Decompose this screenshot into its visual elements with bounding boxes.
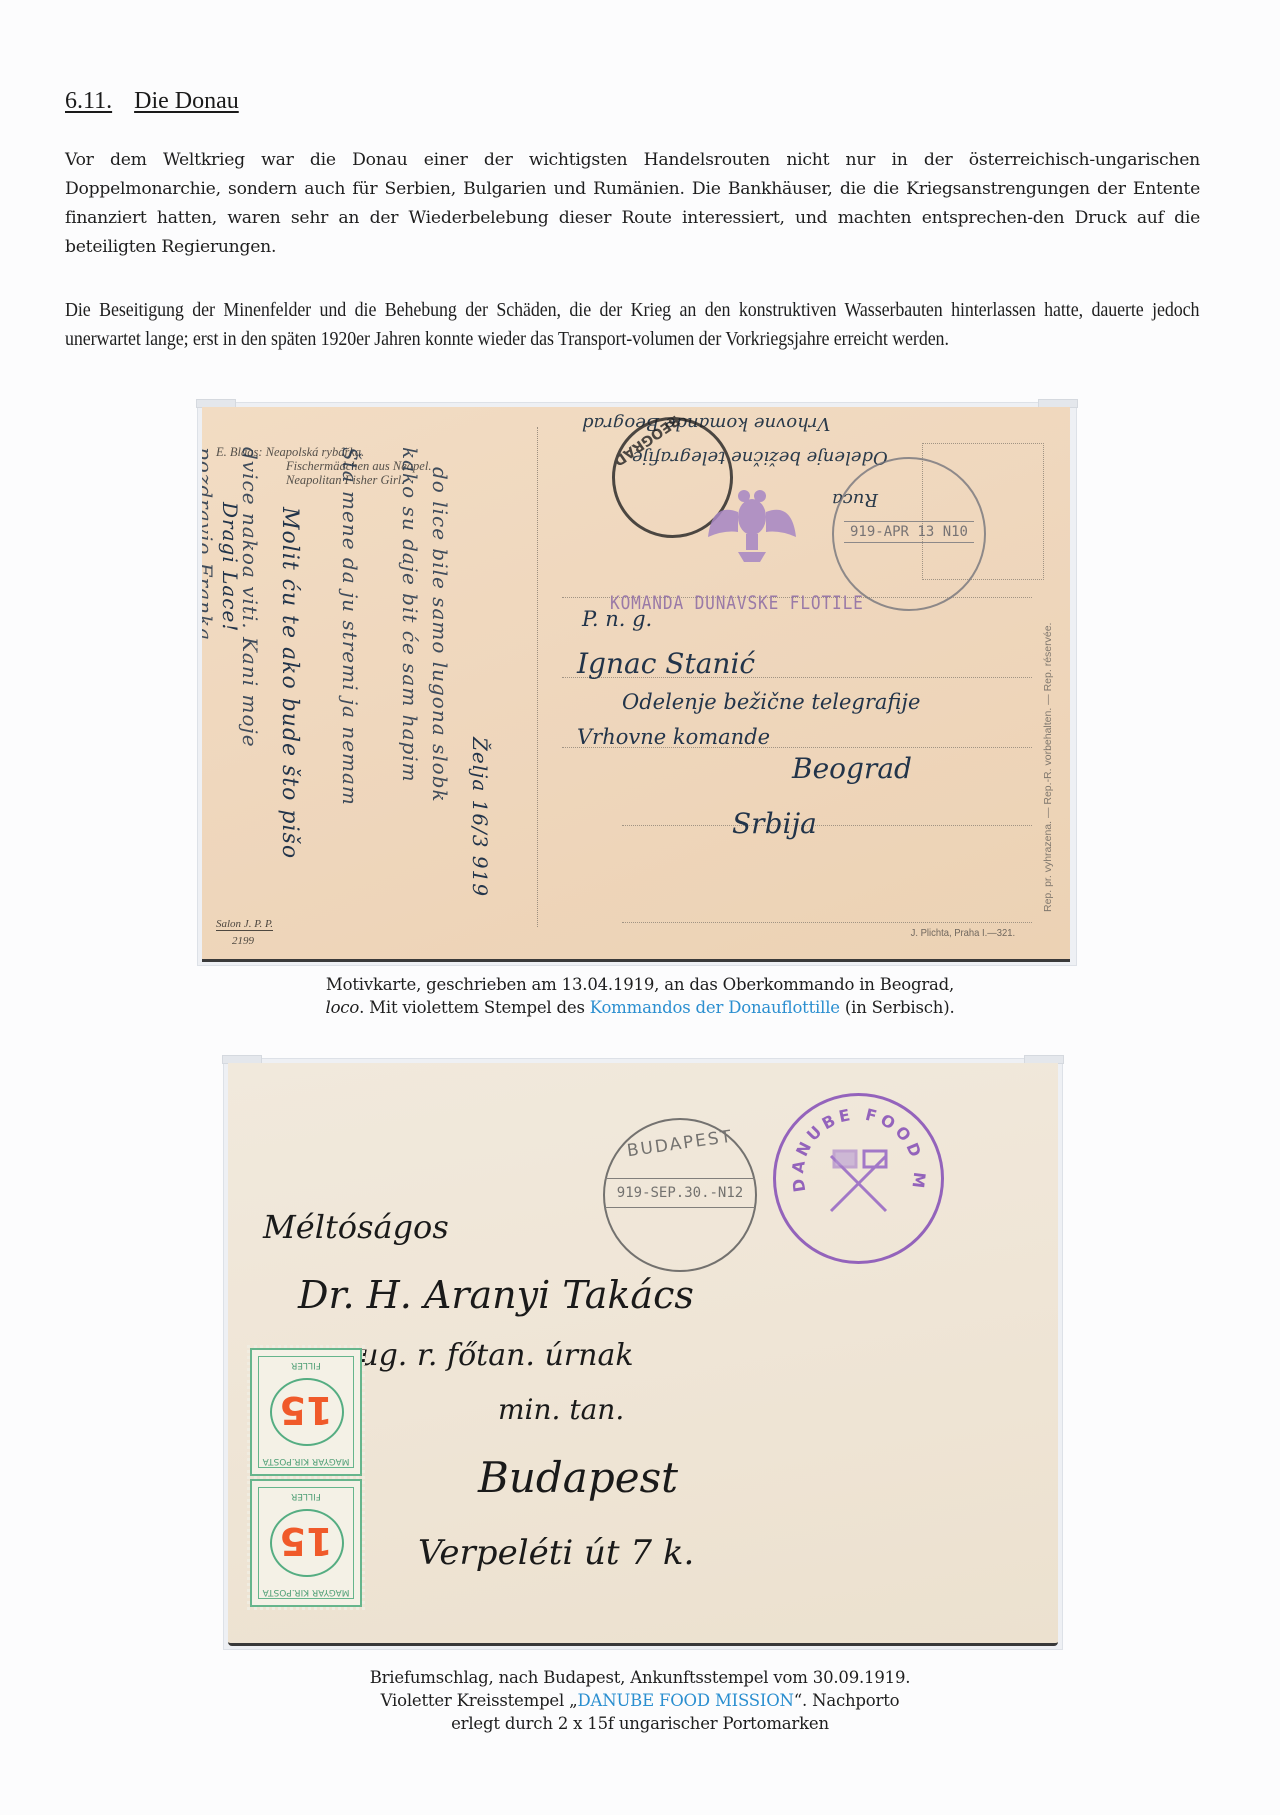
section-number: 6.11. — [65, 88, 112, 114]
postcard-divider — [537, 427, 538, 927]
caption-text: “. Nachporto — [794, 1691, 900, 1710]
postcard: E. Blaas: Neapolská rybářka. Fischermädc… — [202, 407, 1070, 962]
crossed-flags-icon: DANUBE FOOD MISSION — [776, 1096, 941, 1261]
danube-food-mission-stamp: DANUBE FOOD MISSION — [773, 1093, 944, 1264]
caption-line: Briefumschlag, nach Budapest, Ankunftsst… — [0, 1666, 1280, 1689]
address-line: Odelenje bežične telegrafije — [622, 690, 920, 714]
publisher-imprint: J. Plichta, Praha I.—321. — [910, 927, 1015, 939]
address-line: Méltóságos — [263, 1208, 449, 1246]
caption-link-danube-food-mission[interactable]: DANUBE FOOD MISSION — [577, 1691, 793, 1710]
intro-paragraph: Vor dem Weltkrieg war die Donau einer de… — [65, 146, 1200, 262]
address-line: Dr. H. Aranyi Takács — [298, 1273, 694, 1317]
postmark-date: 919-SEP.30.-N12 — [605, 1178, 755, 1208]
address-rule — [622, 825, 1032, 826]
message-line: Šta mene da ju stremi ja nemam — [338, 447, 362, 806]
envelope-caption: Briefumschlag, nach Budapest, Ankunftsst… — [0, 1666, 1280, 1735]
stamp-value: 15 — [252, 1519, 360, 1563]
message-line: Molit ću te ako bude što pišo — [277, 507, 302, 859]
message-line: do lice bile samo lugona slobk — [428, 467, 452, 803]
caption-line: Violetter Kreisstempel „DANUBE FOOD MISS… — [0, 1689, 1280, 1712]
message-date: Želja 16/3 919 — [468, 737, 492, 897]
caption-text: . Mit violettem Stempel des — [359, 998, 590, 1017]
envelope: BUDAPEST 919-SEP.30.-N12 DANUBE FOOD MIS… — [228, 1063, 1058, 1646]
salon-number: 2199 — [232, 935, 254, 947]
address-line: Ignac Stanić — [577, 647, 755, 680]
address-line: Beograd — [792, 752, 912, 785]
salon-imprint: Salon J. P. P. — [216, 918, 273, 931]
stamp-issuer: MAGYAR KIR.POSTA — [252, 1456, 360, 1466]
message-line: dvice nakoa viti. Kani moje — [238, 447, 262, 748]
message-line: pozdravio Franka — [202, 447, 217, 641]
section-title: 6.11.Die Donau — [65, 88, 239, 115]
address-line: nyug. r. főtan. úrnak — [323, 1338, 634, 1373]
address-line: min. tan. — [498, 1393, 624, 1426]
caption-line: erlegt durch 2 x 15f ungarischer Portoma… — [0, 1712, 1280, 1735]
stamp-currency: FILLER — [252, 1491, 360, 1501]
stamp-value: 15 — [252, 1388, 360, 1432]
address-line: Vrhovne komande — [577, 725, 770, 749]
postcard-caption: Motivkarte, geschrieben am 13.04.1919, a… — [0, 973, 1280, 1019]
caption-line: Motivkarte, geschrieben am 13.04.1919, a… — [0, 973, 1280, 996]
address-rule — [622, 922, 1032, 923]
postmark-city: BUDAPEST — [604, 1124, 755, 1165]
address-line: Budapest — [478, 1453, 678, 1502]
stamp-issuer: MAGYAR KIR.POSTA — [252, 1587, 360, 1597]
address-line: Verpeléti út 7 k. — [418, 1533, 694, 1573]
second-paragraph: Die Beseitigung der Minenfelder und die … — [65, 296, 1199, 354]
message-line: kako su daje bit će sam hapim — [398, 447, 422, 783]
postage-due-stamp: FILLER 15 MAGYAR KIR.POSTA — [250, 1348, 362, 1476]
stamp-currency: FILLER — [252, 1360, 360, 1370]
reproduction-rights-note: Rep. pr. vyhrazena. — Rep.-R. vorbehalte… — [1042, 623, 1054, 912]
caption-line: loco. Mit violettem Stempel des Kommando… — [0, 996, 1280, 1019]
caption-text: Violetter Kreisstempel „ — [381, 1691, 578, 1710]
caption-text: (in Serbisch). — [840, 998, 955, 1017]
address-line: P. n. g. — [582, 607, 652, 631]
budapest-postmark: BUDAPEST 919-SEP.30.-N12 — [603, 1118, 757, 1272]
postage-due-stamp: FILLER 15 MAGYAR KIR.POSTA — [250, 1479, 362, 1607]
caption-link-donauflottille[interactable]: Kommandos der Donauflottille — [590, 998, 840, 1017]
caption-italic: loco — [326, 998, 360, 1017]
address-line: Srbija — [732, 807, 817, 840]
section-heading: Die Donau — [134, 88, 239, 114]
